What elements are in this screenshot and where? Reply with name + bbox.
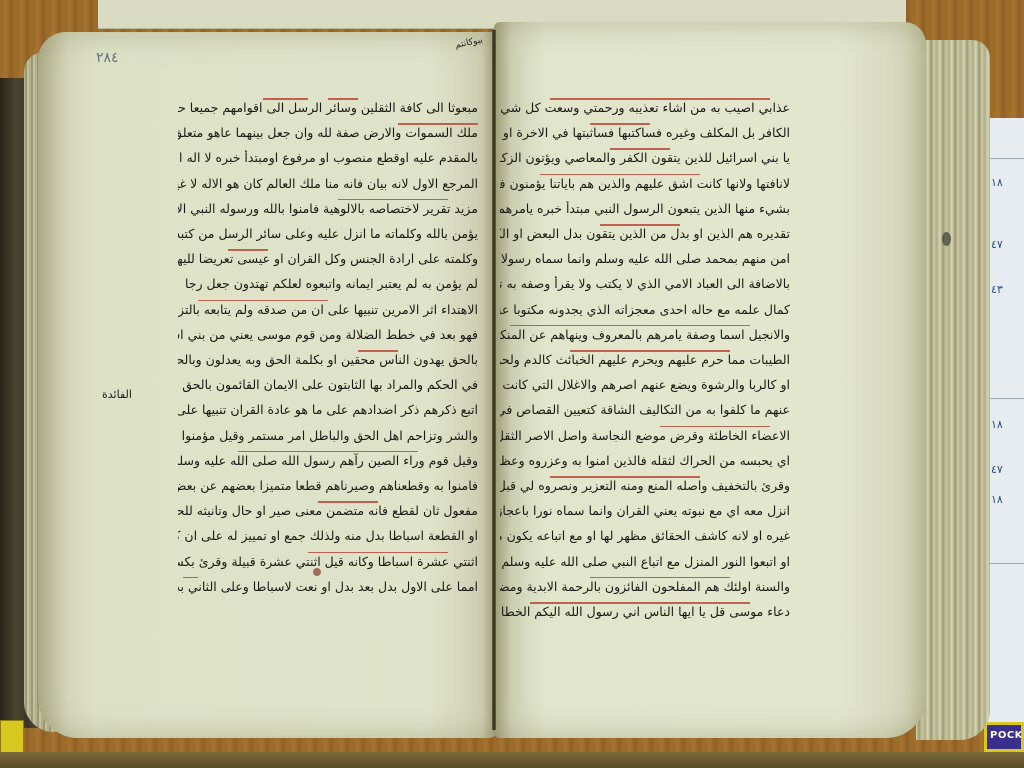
manuscript-line: انزل معه اي مع نبوته يعني القران وانما س… xyxy=(500,503,790,529)
rubric-overline xyxy=(398,123,478,125)
rubric-overline xyxy=(228,249,268,251)
manuscript-line: الاعضاء الخاطئة وقرض موضع النجاسة واصل ا… xyxy=(500,428,790,454)
card-entry: ٤٣ xyxy=(991,283,1003,296)
rubric-overline xyxy=(540,174,700,176)
manuscript-line: فهو بعد في خطط الضلالة ومن قوم موسى يعني… xyxy=(178,327,478,353)
rubric-overline xyxy=(238,451,418,453)
rubric-overline xyxy=(328,98,358,100)
card-line xyxy=(987,398,1024,399)
manuscript-line: لانافتها ولانها كانت اشق عليهم والذين هم… xyxy=(500,176,790,202)
manuscript-line: بالحق يهدون الناس محقين او بكلمة الحق وب… xyxy=(178,352,478,378)
card-line xyxy=(987,563,1024,564)
manuscript-line: دعاء موسى قل يا ايها الناس اني رسول الله… xyxy=(500,604,790,630)
rubric-overline xyxy=(550,476,700,478)
manuscript-line: اتبع ذكرهم ذكر اضدادهم على ما هو عادة ال… xyxy=(178,402,478,428)
margin-note: الفائدة xyxy=(102,388,132,401)
manuscript-line: بالمقدم عليه اوقطع منصوب او مرفوع اومبتد… xyxy=(178,150,478,176)
manuscript-line: والانجيل اسما وصفة يامرهم بالمعروف وينها… xyxy=(500,327,790,353)
manuscript-line: اي يحبسه من الحراك لثقله فالذين امنوا به… xyxy=(500,453,790,479)
manuscript-line: او كالربا والرشوة ويضع عنهم اصرهم والاغل… xyxy=(500,377,790,403)
manuscript-line: فامنوا به وقطعناهم وصيرناهم قطعا متميزا … xyxy=(178,478,478,504)
rubric-overline xyxy=(510,325,750,327)
rubric-overline xyxy=(660,426,770,428)
manuscript-line: غيره او لانه كاشف الحقائق مظهر لها او مع… xyxy=(500,528,790,554)
pocket-label: POCKET xyxy=(984,722,1024,752)
manuscript-line: وقيل قوم وراء الصين رآهم رسول الله صلى ا… xyxy=(178,453,478,479)
manuscript-line: بشيء منها الذين يتبعون الرسول النبي مبتد… xyxy=(500,201,790,227)
manuscript-line: او اتبعوا النور المنزل مع اتباع النبي صل… xyxy=(500,554,790,580)
rubric-overline xyxy=(338,199,448,201)
rubric-overline xyxy=(198,300,328,302)
manuscript-line: وكلمته على ارادة الجنس وكل القران او عيس… xyxy=(178,251,478,277)
manuscript-line: مبعوثا الى كافة الثقلين وسائر الرسل الى … xyxy=(178,100,478,126)
manuscript-line: الاهتداء اثر الامرين تنبيها على ان من صد… xyxy=(178,302,478,328)
rubric-overline xyxy=(570,350,730,352)
card-entry: ١٨ xyxy=(991,493,1003,506)
ink-stain xyxy=(942,232,951,246)
card-entry: ٤٧ xyxy=(991,238,1003,251)
rubric-overline xyxy=(590,577,730,579)
manuscript-line: مفعول ثان لقطع فانه متضمن معنى صير او حا… xyxy=(178,503,478,529)
table-edge xyxy=(0,752,1024,768)
manuscript-line: كمال علمه مع حاله احدى معجزاته الذي يجدو… xyxy=(500,302,790,328)
manuscript-line: يا بني اسرائيل للذين يتقون الكفر والمعاص… xyxy=(500,150,790,176)
rubric-overline xyxy=(550,98,770,100)
rubric-overline xyxy=(308,552,448,554)
book-gutter xyxy=(492,30,496,730)
manuscript-line: المرجع الاول لانه بيان فانه منا ملك العا… xyxy=(178,176,478,202)
ink-stain xyxy=(313,568,321,576)
manuscript-line: بالاضافة الى العباد الامي الذي لا يكتب و… xyxy=(500,276,790,302)
manuscript-line: والسنة اولئك هم المفلحون الفائزون بالرحم… xyxy=(500,579,790,605)
rubric-overline xyxy=(530,602,750,604)
manuscript-line: عنهم ما كلفوا به من التكاليف الشاقة كتعي… xyxy=(500,402,790,428)
page-edges-right xyxy=(916,40,990,740)
rubric-overline xyxy=(183,577,198,579)
manuscript-line: والشر وتزاحم اهل الحق والباطل امر مستمر … xyxy=(178,428,478,454)
manuscript-line: امن منهم بمحمد صلى الله عليه وسلم وانما … xyxy=(500,251,790,277)
manuscript-line: في الحكم والمراد بها الثابتون على الايما… xyxy=(178,377,478,403)
rubric-overline xyxy=(318,501,378,503)
left-page-text: مبعوثا الى كافة الثقلين وسائر الرسل الى … xyxy=(178,100,478,620)
rubric-overline xyxy=(600,224,680,226)
card-entry: ١٨ xyxy=(991,176,1003,189)
rubric-overline xyxy=(610,148,670,150)
manuscript-line: او القطعة اسباطا بدل منه ولذلك جمع او تم… xyxy=(178,528,478,554)
manuscript-line: امما على الاول بدل بعد بدل او نعت لاسباط… xyxy=(178,579,478,605)
card-line xyxy=(987,158,1024,159)
card-entry: ١٨ xyxy=(991,418,1003,431)
manuscript-line: وقرئ بالتخفيف واصله المنع ومنه التعزير و… xyxy=(500,478,790,504)
rubric-overline xyxy=(263,98,308,100)
manuscript-line: عذابي اصيب به من اشاء تعذيبه ورحمتي وسعت… xyxy=(500,100,790,126)
manuscript-line: الكافر بل المكلف وغيره فساكتبها فساثبتها… xyxy=(500,125,790,151)
card-entry: ٤٧ xyxy=(991,463,1003,476)
index-card: ١٨ ٤٧ ٤٣ ١٨ ١٨ ٤٧ xyxy=(986,118,1024,728)
manuscript-line: ملك السموات والارض صفة لله وان جعل بينهم… xyxy=(178,125,478,151)
right-page-text: عذابي اصيب به من اشاء تعذيبه ورحمتي وسعت… xyxy=(500,100,790,640)
manuscript-line: مزيد تقرير لاختصاصه بالالوهية فامنوا بال… xyxy=(178,201,478,227)
rubric-overline xyxy=(358,350,398,352)
manuscript-line: تقديره هم الذين او بدل من الذين يتقون بد… xyxy=(500,226,790,252)
folio-number: ٢٨٤ xyxy=(96,50,119,66)
manuscript-line: الطيبات مما حرم عليهم ويحرم عليهم الخبائ… xyxy=(500,352,790,378)
manuscript-line: اثنتي عشرة اسباطا وكانه قيل اثنتي عشرة ق… xyxy=(178,554,478,580)
rubric-overline xyxy=(590,123,650,125)
manuscript-line: يؤمن بالله وكلماته ما انزل عليه وعلى سائ… xyxy=(178,226,478,252)
manuscript-line: لم يؤمن به لم يعتبر ايمانه واتبعوه لعلكم… xyxy=(178,276,478,302)
